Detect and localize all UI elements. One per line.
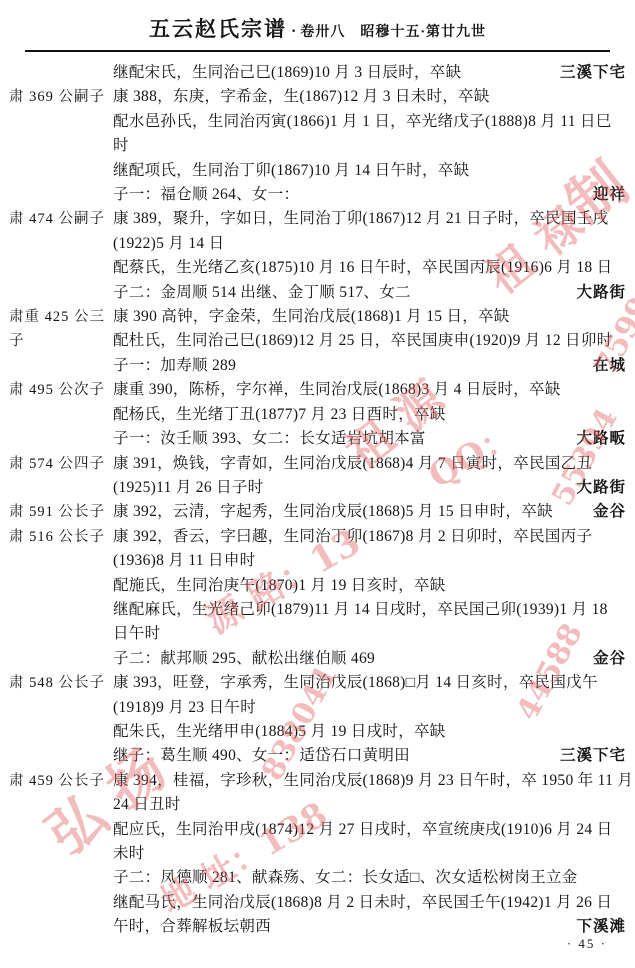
genealogy-entry: 继配宋氏，生同治己巳(1869)10 月 3 日辰时，卒缺三溪下宅 — [0, 61, 635, 85]
genealogy-entry: 肃 495 公次子康重 390，陈桥，字尔禅，生同治戊辰(1868)3 月 4 … — [0, 378, 635, 451]
entry-line-text: 康 392，云清，字起秀，生同治戊辰(1868)5 月 15 日申时，卒缺 — [113, 500, 553, 524]
entry-line-text: 子二：凤德顺 281、献森殇、女二：长女适□、次女适松树岗王立金 — [113, 866, 578, 890]
entry-line: 配水邑孙氏，生同治丙寅(1866)1 月 1 日，卒光绪戊子(1888)8 月 … — [113, 110, 626, 134]
entry-line-text: 日午时 — [113, 622, 160, 646]
residence-place-name: 大路畈 — [576, 427, 626, 451]
entry-label: 肃 591 公长子 — [0, 500, 113, 524]
entry-content: 继配宋氏，生同治己巳(1869)10 月 3 日辰时，卒缺三溪下宅 — [113, 61, 635, 85]
genealogy-entry: 肃 474 公嗣子康 389，聚升，字如日，生同治丁卯(1867)12 月 21… — [0, 207, 635, 305]
entry-line: (1922)5 月 14 日 — [113, 232, 626, 256]
entry-line-text: 康 388，东庚，字希金，生(1867)12 月 3 日未时，卒缺 — [113, 85, 490, 109]
entry-line-text: 康 389，聚升，字如日，生同治丁卯(1867)12 月 21 日子时，卒民国壬… — [113, 207, 608, 231]
genealogy-entry: 肃 516 公长子康 392，香云，字曰趣，生同治丁卯(1867)8 月 2 日… — [0, 525, 635, 671]
entry-line: 继配项氏，生同治丁卯(1867)10 月 14 日午时，卒缺 — [113, 159, 626, 183]
entry-line: 子二：金周顺 514 出继、金丁顺 517、女二大路街 — [113, 281, 626, 305]
genealogy-entry: 肃 591 公长子康 392，云清，字起秀，生同治戊辰(1868)5 月 15 … — [0, 500, 635, 524]
residence-place-name: 三溪下宅 — [560, 61, 626, 85]
entry-line-text: 子一：福仓顺 264、女一： — [113, 183, 299, 207]
entry-line: 配杨氏，生光绪丁丑(1877)7 月 23 日酉时，卒缺 — [113, 403, 626, 427]
entry-line: 康 394，桂福，字珍秋，生同治戊辰(1868)9 月 23 日午时，卒 195… — [113, 769, 626, 793]
entry-line: 康 393，旺登，字承秀，生同治戊辰(1868)□月 14 日亥时，卒民国戊午 — [113, 671, 626, 695]
entry-line-text: 康 390 高钟，字金荣，生同治戊辰(1868)1 月 15 日，卒缺 — [113, 305, 510, 329]
entry-line-text: 子一：汝壬顺 393、女二：长女适岩坑胡本富 — [113, 427, 426, 451]
entry-content: 康重 390，陈桥，字尔禅，生同治戊辰(1868)3 月 4 日辰时，卒缺配杨氏… — [113, 378, 635, 451]
entry-line: 配蔡氏，生光绪乙亥(1875)10 月 16 日午时，卒民国丙辰(1916)6 … — [113, 256, 626, 280]
entry-line: 继子：葛生顺 490、女一：适岱石口黄明田三溪下宅 — [113, 744, 626, 768]
entry-label: 肃 574 公四子 — [0, 452, 113, 476]
entry-line: 子一：加寿顺 289在城 — [113, 354, 626, 378]
entry-line: 日午时 — [113, 622, 626, 646]
entry-line: 康重 390，陈桥，字尔禅，生同治戊辰(1868)3 月 4 日辰时，卒缺 — [113, 378, 626, 402]
entry-line-text: 继配麻氏，生光绪己卯(1879)11 月 14 日戌时，卒民国己卯(1939)1… — [113, 598, 608, 622]
entry-line: 未时 — [113, 842, 626, 866]
entry-line-text: 子二：金周顺 514 出继、金丁顺 517、女二 — [113, 281, 411, 305]
residence-place-name: 大路街 — [576, 281, 626, 305]
entry-label: 肃 474 公嗣子 — [0, 207, 113, 231]
entry-line: (1918)9 月 23 日午时 — [113, 696, 626, 720]
entry-line-text: 继配马氏，生同治戊辰(1868)8 月 2 日未时，卒民国壬午(1942)1 月… — [113, 891, 612, 915]
book-title: 五云赵氏宗谱 — [149, 17, 287, 41]
entry-line-text: 继配项氏，生同治丁卯(1867)10 月 14 日午时，卒缺 — [113, 159, 469, 183]
entry-line-text: 康重 390，陈桥，字尔禅，生同治戊辰(1868)3 月 4 日辰时，卒缺 — [113, 378, 561, 402]
genealogy-entry: 肃 369 公嗣子康 388，东庚，字希金，生(1867)12 月 3 日未时，… — [0, 85, 635, 207]
entry-content: 康 388，东庚，字希金，生(1867)12 月 3 日未时，卒缺配水邑孙氏，生… — [113, 85, 635, 207]
entry-content: 康 391，焕钱，字青如，生同治戊辰(1868)4 月 7 日寅时，卒民国乙丑(… — [113, 452, 635, 501]
entry-content: 康 393，旺登，字承秀，生同治戊辰(1868)□月 14 日亥时，卒民国戊午(… — [113, 671, 635, 769]
entry-line-text: 配朱氏，生光绪甲申(1884)5 月 19 日戌时，卒缺 — [113, 720, 446, 744]
genealogy-entry: 肃 574 公四子康 391，焕钱，字青如，生同治戊辰(1868)4 月 7 日… — [0, 452, 635, 501]
entry-line-text: 未时 — [113, 842, 145, 866]
residence-place-name: 在城 — [593, 354, 626, 378]
entry-line-text: 24 日丑时 — [113, 793, 181, 817]
entry-line: 配应氏，生同治甲戌(1874)12 月 27 日戌时，卒宣统庚戌(1910)6 … — [113, 818, 626, 842]
entry-line: 子一：汝壬顺 393、女二：长女适岩坑胡本富大路畈 — [113, 427, 626, 451]
entry-label: 肃 495 公次子 — [0, 378, 113, 402]
entry-line: (1936)8 月 11 日申时 — [113, 549, 626, 573]
entry-line: 康 392，云清，字起秀，生同治戊辰(1868)5 月 15 日申时，卒缺金谷 — [113, 500, 626, 524]
entry-line: 继配马氏，生同治戊辰(1868)8 月 2 日未时，卒民国壬午(1942)1 月… — [113, 891, 626, 915]
entry-line: 配朱氏，生光绪甲申(1884)5 月 19 日戌时，卒缺 — [113, 720, 626, 744]
entry-line-text: 配施氏，生同治庚午(1870)1 月 19 日亥时，卒缺 — [113, 574, 446, 598]
entry-line-text: (1936)8 月 11 日申时 — [113, 549, 255, 573]
entry-line-text: 配水邑孙氏，生同治丙寅(1866)1 月 1 日，卒光绪戊子(1888)8 月 … — [113, 110, 612, 134]
entry-line: 康 391，焕钱，字青如，生同治戊辰(1868)4 月 7 日寅时，卒民国乙丑 — [113, 452, 626, 476]
entry-content: 康 390 高钟，字金荣，生同治戊辰(1868)1 月 15 日，卒缺配杜氏，生… — [113, 305, 635, 378]
entry-line-text: 子二：献邦顺 295、献松出继伯顺 469 — [113, 647, 375, 671]
entry-line-text: (1918)9 月 23 日午时 — [113, 696, 256, 720]
entry-content: 康 394，桂福，字珍秋，生同治戊辰(1868)9 月 23 日午时，卒 195… — [113, 769, 635, 940]
residence-place-name: 三溪下宅 — [560, 744, 626, 768]
entry-content: 康 389，聚升，字如日，生同治丁卯(1867)12 月 21 日子时，卒民国壬… — [113, 207, 635, 305]
entry-content: 康 392，香云，字曰趣，生同治丁卯(1867)8 月 2 日卯时，卒民国丙子(… — [113, 525, 635, 671]
entry-line-text: 子一：加寿顺 289 — [113, 354, 236, 378]
entry-line: 时 — [113, 134, 626, 158]
residence-place-name: 金谷 — [593, 500, 626, 524]
entry-line: (1925)11 月 26 日子时大路街 — [113, 476, 626, 500]
entry-line: 配杜氏，生同治己巳(1869)12 月 25 日，卒民国庚申(1920)9 月 … — [113, 329, 626, 353]
entry-line-text: 时 — [113, 134, 129, 158]
entry-line-text: (1925)11 月 26 日子时 — [113, 476, 263, 500]
genealogy-entry: 肃 548 公长子康 393，旺登，字承秀，生同治戊辰(1868)□月 14 日… — [0, 671, 635, 769]
entry-label: 肃 548 公长子 — [0, 671, 113, 695]
entry-line-text: 继配宋氏，生同治己巳(1869)10 月 3 日辰时，卒缺 — [113, 61, 461, 85]
entry-line: 继配麻氏，生光绪己卯(1879)11 月 14 日戌时，卒民国己卯(1939)1… — [113, 598, 626, 622]
entry-label: 肃 459 公长子 — [0, 769, 113, 793]
entry-line-text: 康 391，焕钱，字青如，生同治戊辰(1868)4 月 7 日寅时，卒民国乙丑 — [113, 452, 592, 476]
entry-line: 配施氏，生同治庚午(1870)1 月 19 日亥时，卒缺 — [113, 574, 626, 598]
title-separator: · — [287, 23, 300, 40]
entry-line-text: 午时，合葬解板坛朝西 — [113, 915, 271, 939]
entry-label: 肃 516 公长子 — [0, 525, 113, 549]
entry-line: 康 392，香云，字曰趣，生同治丁卯(1867)8 月 2 日卯时，卒民国丙子 — [113, 525, 626, 549]
entry-label: 肃 369 公嗣子 — [0, 85, 113, 109]
residence-place-name: 迎祥 — [593, 183, 626, 207]
entry-line: 康 389，聚升，字如日，生同治丁卯(1867)12 月 21 日子时，卒民国壬… — [113, 207, 626, 231]
entry-line-text: 配杜氏，生同治己巳(1869)12 月 25 日，卒民国庚申(1920)9 月 … — [113, 329, 612, 353]
entry-line: 子二：献邦顺 295、献松出继伯顺 469金谷 — [113, 647, 626, 671]
residence-place-name: 金谷 — [593, 647, 626, 671]
entry-line: 午时，合葬解板坛朝西下溪滩 — [113, 915, 626, 939]
genealogy-entry: 肃重 425 公三子康 390 高钟，字金荣，生同治戊辰(1868)1 月 15… — [0, 305, 635, 378]
entry-list: 继配宋氏，生同治己巳(1869)10 月 3 日辰时，卒缺三溪下宅肃 369 公… — [0, 61, 635, 940]
entry-line-text: (1922)5 月 14 日 — [113, 232, 224, 256]
genealogy-page: 五云赵氏宗谱·卷卅八 昭穆十五·第廿九世 继配宋氏，生同治己巳(1869)10 … — [0, 0, 635, 968]
header-rule — [25, 50, 610, 52]
volume-subtitle: 卷卅八 昭穆十五·第廿九世 — [300, 25, 486, 40]
entry-label: 肃重 425 公三子 — [0, 305, 113, 354]
entry-line: 康 390 高钟，字金荣，生同治戊辰(1868)1 月 15 日，卒缺 — [113, 305, 626, 329]
entry-line: 子一：福仓顺 264、女一：迎祥 — [113, 183, 626, 207]
entry-line-text: 康 393，旺登，字承秀，生同治戊辰(1868)□月 14 日亥时，卒民国戊午 — [113, 671, 598, 695]
entry-line-text: 配蔡氏，生光绪乙亥(1875)10 月 16 日午时，卒民国丙辰(1916)6 … — [113, 256, 612, 280]
entry-content: 康 392，云清，字起秀，生同治戊辰(1868)5 月 15 日申时，卒缺金谷 — [113, 500, 635, 524]
genealogy-entry: 肃 459 公长子康 394，桂福，字珍秋，生同治戊辰(1868)9 月 23 … — [0, 769, 635, 940]
entry-line: 子二：凤德顺 281、献森殇、女二：长女适□、次女适松树岗王立金 — [113, 866, 626, 890]
entry-line-text: 配应氏，生同治甲戌(1874)12 月 27 日戌时，卒宣统庚戌(1910)6 … — [113, 818, 612, 842]
entry-line: 24 日丑时 — [113, 793, 626, 817]
residence-place-name: 大路街 — [576, 476, 626, 500]
entry-line-text: 配杨氏，生光绪丁丑(1877)7 月 23 日酉时，卒缺 — [113, 403, 446, 427]
entry-line-text: 康 394，桂福，字珍秋，生同治戊辰(1868)9 月 23 日午时，卒 195… — [113, 769, 633, 793]
entry-line-text: 康 392，香云，字曰趣，生同治丁卯(1867)8 月 2 日卯时，卒民国丙子 — [113, 525, 592, 549]
entry-line: 继配宋氏，生同治己巳(1869)10 月 3 日辰时，卒缺三溪下宅 — [113, 61, 626, 85]
page-header: 五云赵氏宗谱·卷卅八 昭穆十五·第廿九世 — [0, 0, 635, 52]
entry-line-text: 继子：葛生顺 490、女一：适岱石口黄明田 — [113, 744, 410, 768]
page-number: · 45 · — [567, 936, 607, 952]
entry-line: 康 388，东庚，字希金，生(1867)12 月 3 日未时，卒缺 — [113, 85, 626, 109]
